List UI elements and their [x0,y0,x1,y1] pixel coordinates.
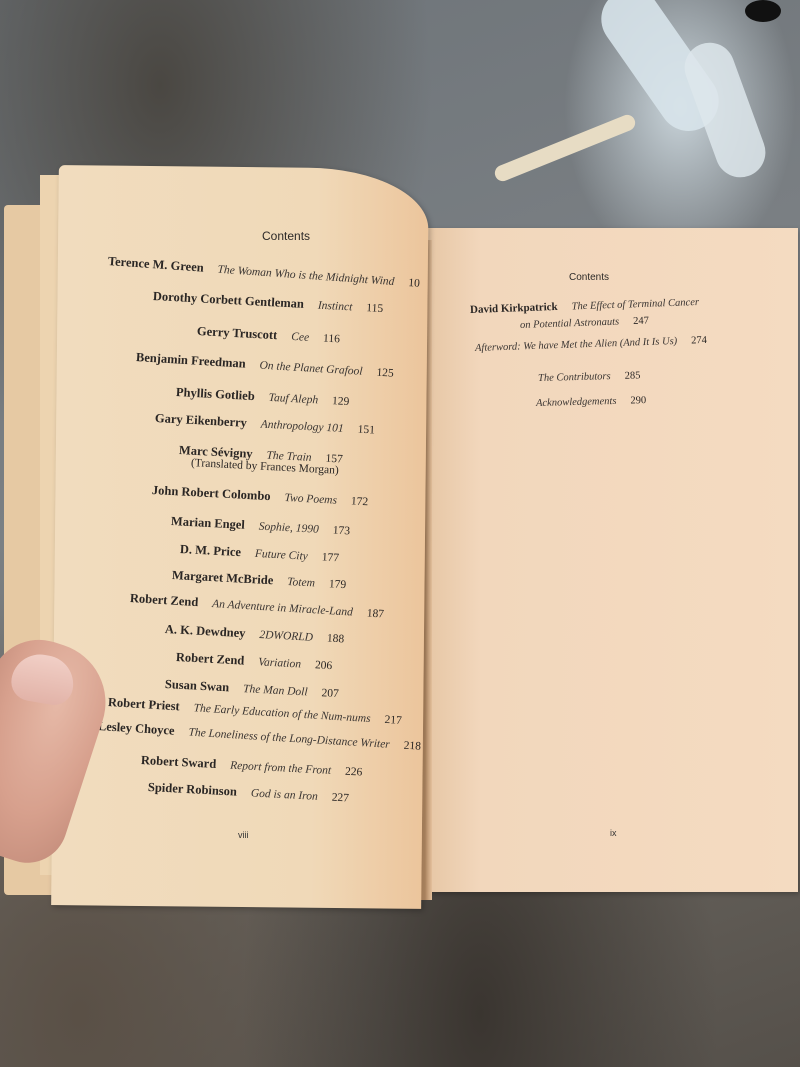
entry-page: 290 [630,395,646,406]
entry-page: 187 [366,607,384,620]
entry-page: 177 [321,551,339,564]
entry-page: 285 [625,370,641,381]
entry-title: Two Poems [284,492,337,507]
entry-title: Cee [291,331,309,344]
entry-title: Instinct [318,300,353,314]
entry-author: Susan Swan [165,677,230,694]
toc-entry: The Contributors285 [538,365,641,386]
entry-title: The Contributors [538,371,611,384]
entry-page: 217 [384,714,402,727]
right-page-heading: Contents [569,272,609,283]
entry-author: Lesley Choyce [98,719,175,738]
entry-author: A. K. Dewdney [165,622,246,640]
entry-title: Totem [287,576,315,589]
entry-page: 172 [351,495,369,508]
entry-page: 179 [329,578,347,591]
entry-title: God is an Iron [251,787,319,802]
left-page-heading: Contents [262,229,310,243]
entry-page: 173 [332,524,350,537]
toc-entry: Acknowledgements290 [536,390,647,411]
entry-page: 10 [408,277,420,290]
entry-title: Acknowledgements [536,396,617,409]
entry-author: Phyllis Gotlieb [176,385,255,403]
entry-title: Anthropology 101 [261,419,344,435]
entry-author: Robert Priest [108,695,181,713]
paint-streak [492,112,637,183]
entry-author: Marian Engel [171,514,246,532]
entry-title: Sophie, 1990 [258,521,319,536]
entry-title: 2DWORLD [259,629,313,644]
entry-author: D. M. Price [180,542,242,559]
entry-page: 274 [691,335,707,347]
entry-author: Margaret McBride [172,568,274,587]
entry-page: 226 [345,766,363,779]
entry-page: 129 [332,395,350,408]
entry-title: The Man Doll [243,683,308,698]
entry-page: 116 [323,333,340,346]
entry-page: 247 [633,316,649,328]
entry-title: Tauf Aleph [268,392,318,407]
entry-title: Report from the Front [230,760,332,777]
entry-page: 227 [331,792,349,805]
entry-title: Variation [258,656,301,670]
surface-hole [745,0,781,22]
entry-page: 125 [376,367,394,380]
entry-author: Spider Robinson [148,780,238,799]
right-folio: ix [610,828,617,838]
entry-page: 207 [321,687,339,700]
entry-title: on Potential Astronauts [520,317,619,331]
entry-title: Future City [255,548,308,563]
entry-author: Gerry Truscott [197,324,278,342]
entry-page: 206 [315,659,333,672]
entry-page: 115 [366,302,383,315]
entry-author: Robert Zend [176,650,245,668]
entry-author: Robert Zend [130,591,199,609]
entry-author: Gary Eikenberry [155,411,248,430]
entry-page: 151 [357,424,375,437]
entry-page: 188 [327,632,345,645]
left-folio: viii [238,830,249,840]
entry-author: Robert Sward [141,753,217,771]
entry-page: 218 [403,740,421,753]
